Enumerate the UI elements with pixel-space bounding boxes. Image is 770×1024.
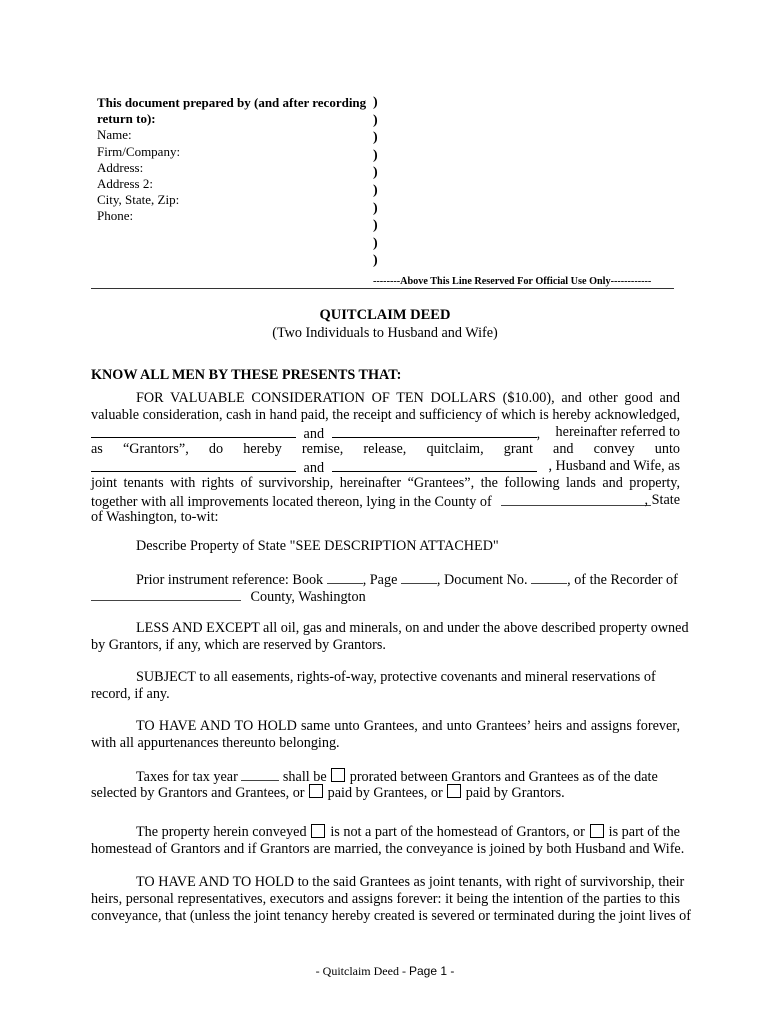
habendum2-line-3: conveyance, that (unless the joint tenan…: [91, 908, 680, 925]
footer-doc-title: - Quitclaim Deed -: [316, 964, 409, 978]
property-conveyed-text: The property herein conveyed: [136, 824, 307, 841]
homestead-line-1: The property herein conveyed is not a pa…: [136, 824, 680, 841]
reserved-line-label: --------Above This Line Reserved For Off…: [373, 276, 651, 287]
word: hereby: [243, 441, 282, 458]
know-all-heading: KNOW ALL MEN BY THESE PRESENTS THAT:: [91, 367, 401, 384]
document-no-label: , Document No.: [437, 572, 528, 588]
paren: ): [373, 129, 378, 147]
taxes-line-1: Taxes for tax year shall be prorated bet…: [136, 767, 725, 784]
paid-by-grantees-text: paid by Grantees, or: [328, 785, 443, 801]
word: do: [209, 441, 223, 458]
name-field-label: Name:: [97, 127, 366, 143]
grantors-convey-line: as “Grantors”, do hereby remise, release…: [91, 441, 680, 458]
grantee-names-line: and , Husband and Wife, as: [91, 458, 680, 475]
grantee1-name-blank[interactable]: [91, 458, 296, 472]
paren: ): [373, 147, 378, 165]
prior-instrument-line: Prior instrument reference: Book , Page …: [136, 570, 680, 587]
word: convey: [594, 441, 635, 458]
book-label: Prior instrument reference: Book: [136, 572, 323, 588]
firm-field-label: Firm/Company:: [97, 144, 366, 160]
grantor2-name-blank[interactable]: [332, 424, 537, 438]
comma: ,: [537, 426, 541, 442]
paid-by-grantees-checkbox[interactable]: [309, 784, 323, 798]
county-text: together with all improvements located t…: [91, 494, 492, 510]
paren-column: ) ) ) ) ) ) ) ) ) ): [373, 94, 378, 270]
word: and: [553, 441, 574, 458]
page-footer: - Quitclaim Deed - Page 1 -: [0, 964, 770, 979]
less-except-line-1: LESS AND EXCEPT all oil, gas and mineral…: [136, 620, 680, 637]
preparer-block: This document prepared by (and after rec…: [97, 95, 366, 225]
state-text: , State: [645, 492, 680, 509]
paren: ): [373, 235, 378, 253]
and-text: and: [304, 460, 325, 476]
prorated-text: prorated between Grantors and Grantees a…: [350, 769, 658, 785]
document-title: QUITCLAIM DEED: [0, 307, 770, 324]
describe-property-text: Describe Property of State "SEE DESCRIPT…: [136, 538, 725, 555]
tax-year-blank[interactable]: [241, 767, 279, 781]
subject-line-1: SUBJECT to all easements, rights-of-way,…: [136, 669, 725, 686]
paren: ): [373, 164, 378, 182]
address-field-label: Address:: [97, 160, 366, 176]
page-label: , Page: [363, 572, 398, 588]
word: remise,: [302, 441, 343, 458]
selected-by-text: selected by Grantors and Grantees, or: [91, 785, 305, 801]
address2-field-label: Address 2:: [97, 176, 366, 192]
official-use-divider: [91, 288, 674, 289]
recorder-county-line: County, Washington: [91, 587, 680, 604]
paid-by-grantors-checkbox[interactable]: [447, 784, 461, 798]
grantee2-name-blank[interactable]: [332, 458, 537, 472]
word: unto: [655, 441, 680, 458]
phone-field-label: Phone:: [97, 208, 366, 224]
is-homestead-checkbox[interactable]: [590, 824, 604, 838]
word: grant: [504, 441, 533, 458]
habendum2-line-1: TO HAVE AND TO HOLD to the said Grantees…: [136, 874, 680, 891]
county-line: together with all improvements located t…: [91, 492, 680, 509]
word: quitclaim,: [426, 441, 483, 458]
homestead-line-2: homestead of Grantors and if Grantors ar…: [91, 841, 680, 858]
paren: ): [373, 217, 378, 235]
document-page: This document prepared by (and after rec…: [0, 0, 770, 1024]
grantor1-name-blank[interactable]: [91, 424, 296, 438]
paren: ): [373, 182, 378, 200]
grantor-names-line: and , hereinafter referred to: [91, 424, 680, 441]
recorder-county-blank[interactable]: [91, 587, 241, 601]
consideration-line-1: FOR VALUABLE CONSIDERATION OF TEN DOLLAR…: [136, 390, 680, 407]
recorder-label: , of the Recorder of: [567, 572, 678, 588]
return-to-label: return to):: [97, 111, 366, 127]
paid-by-grantors-text: paid by Grantors.: [466, 785, 565, 801]
habendum2-line-2: heirs, personal representatives, executo…: [91, 891, 680, 908]
not-homestead-checkbox[interactable]: [311, 824, 325, 838]
shall-be-text: shall be: [283, 769, 327, 785]
prorated-checkbox[interactable]: [331, 768, 345, 782]
footer-page-number: Page 1 -: [409, 964, 454, 978]
document-no-blank[interactable]: [531, 570, 567, 584]
paren: ): [373, 112, 378, 130]
habendum1-line-2: with all appurtenances thereunto belongi…: [91, 735, 680, 752]
paren: ): [373, 252, 378, 270]
word: “Grantors”,: [123, 441, 189, 458]
city-state-zip-field-label: City, State, Zip:: [97, 192, 366, 208]
document-subtitle: (Two Individuals to Husband and Wife): [0, 325, 770, 342]
word: release,: [363, 441, 406, 458]
word: as: [91, 441, 103, 458]
page-blank[interactable]: [401, 570, 437, 584]
county-blank[interactable]: [501, 492, 651, 506]
paren: ): [373, 94, 378, 112]
taxes-line-2: selected by Grantors and Grantees, or pa…: [91, 784, 680, 801]
not-homestead-text: is not a part of the homestead of Granto…: [330, 824, 585, 841]
paren: ): [373, 200, 378, 218]
tax-year-label: Taxes for tax year: [136, 769, 238, 785]
husband-wife-text: , Husband and Wife, as: [548, 458, 680, 475]
subject-line-2: record, if any.: [91, 686, 680, 703]
is-homestead-text: is part of the: [609, 824, 680, 841]
county-washington-text: County, Washington: [251, 589, 366, 605]
habendum1-line-1: TO HAVE AND TO HOLD same unto Grantees, …: [136, 718, 680, 735]
book-blank[interactable]: [327, 570, 363, 584]
prepared-by-label: This document prepared by (and after rec…: [97, 95, 366, 111]
less-except-line-2: by Grantors, if any, which are reserved …: [91, 637, 680, 654]
consideration-line-6: joint tenants with rights of survivorshi…: [91, 475, 680, 492]
referred-text: hereinafter referred to: [556, 424, 680, 441]
and-text: and: [304, 426, 325, 442]
consideration-line-8: of Washington, to-wit:: [91, 509, 680, 526]
consideration-line-2: valuable consideration, cash in hand pai…: [91, 407, 680, 424]
